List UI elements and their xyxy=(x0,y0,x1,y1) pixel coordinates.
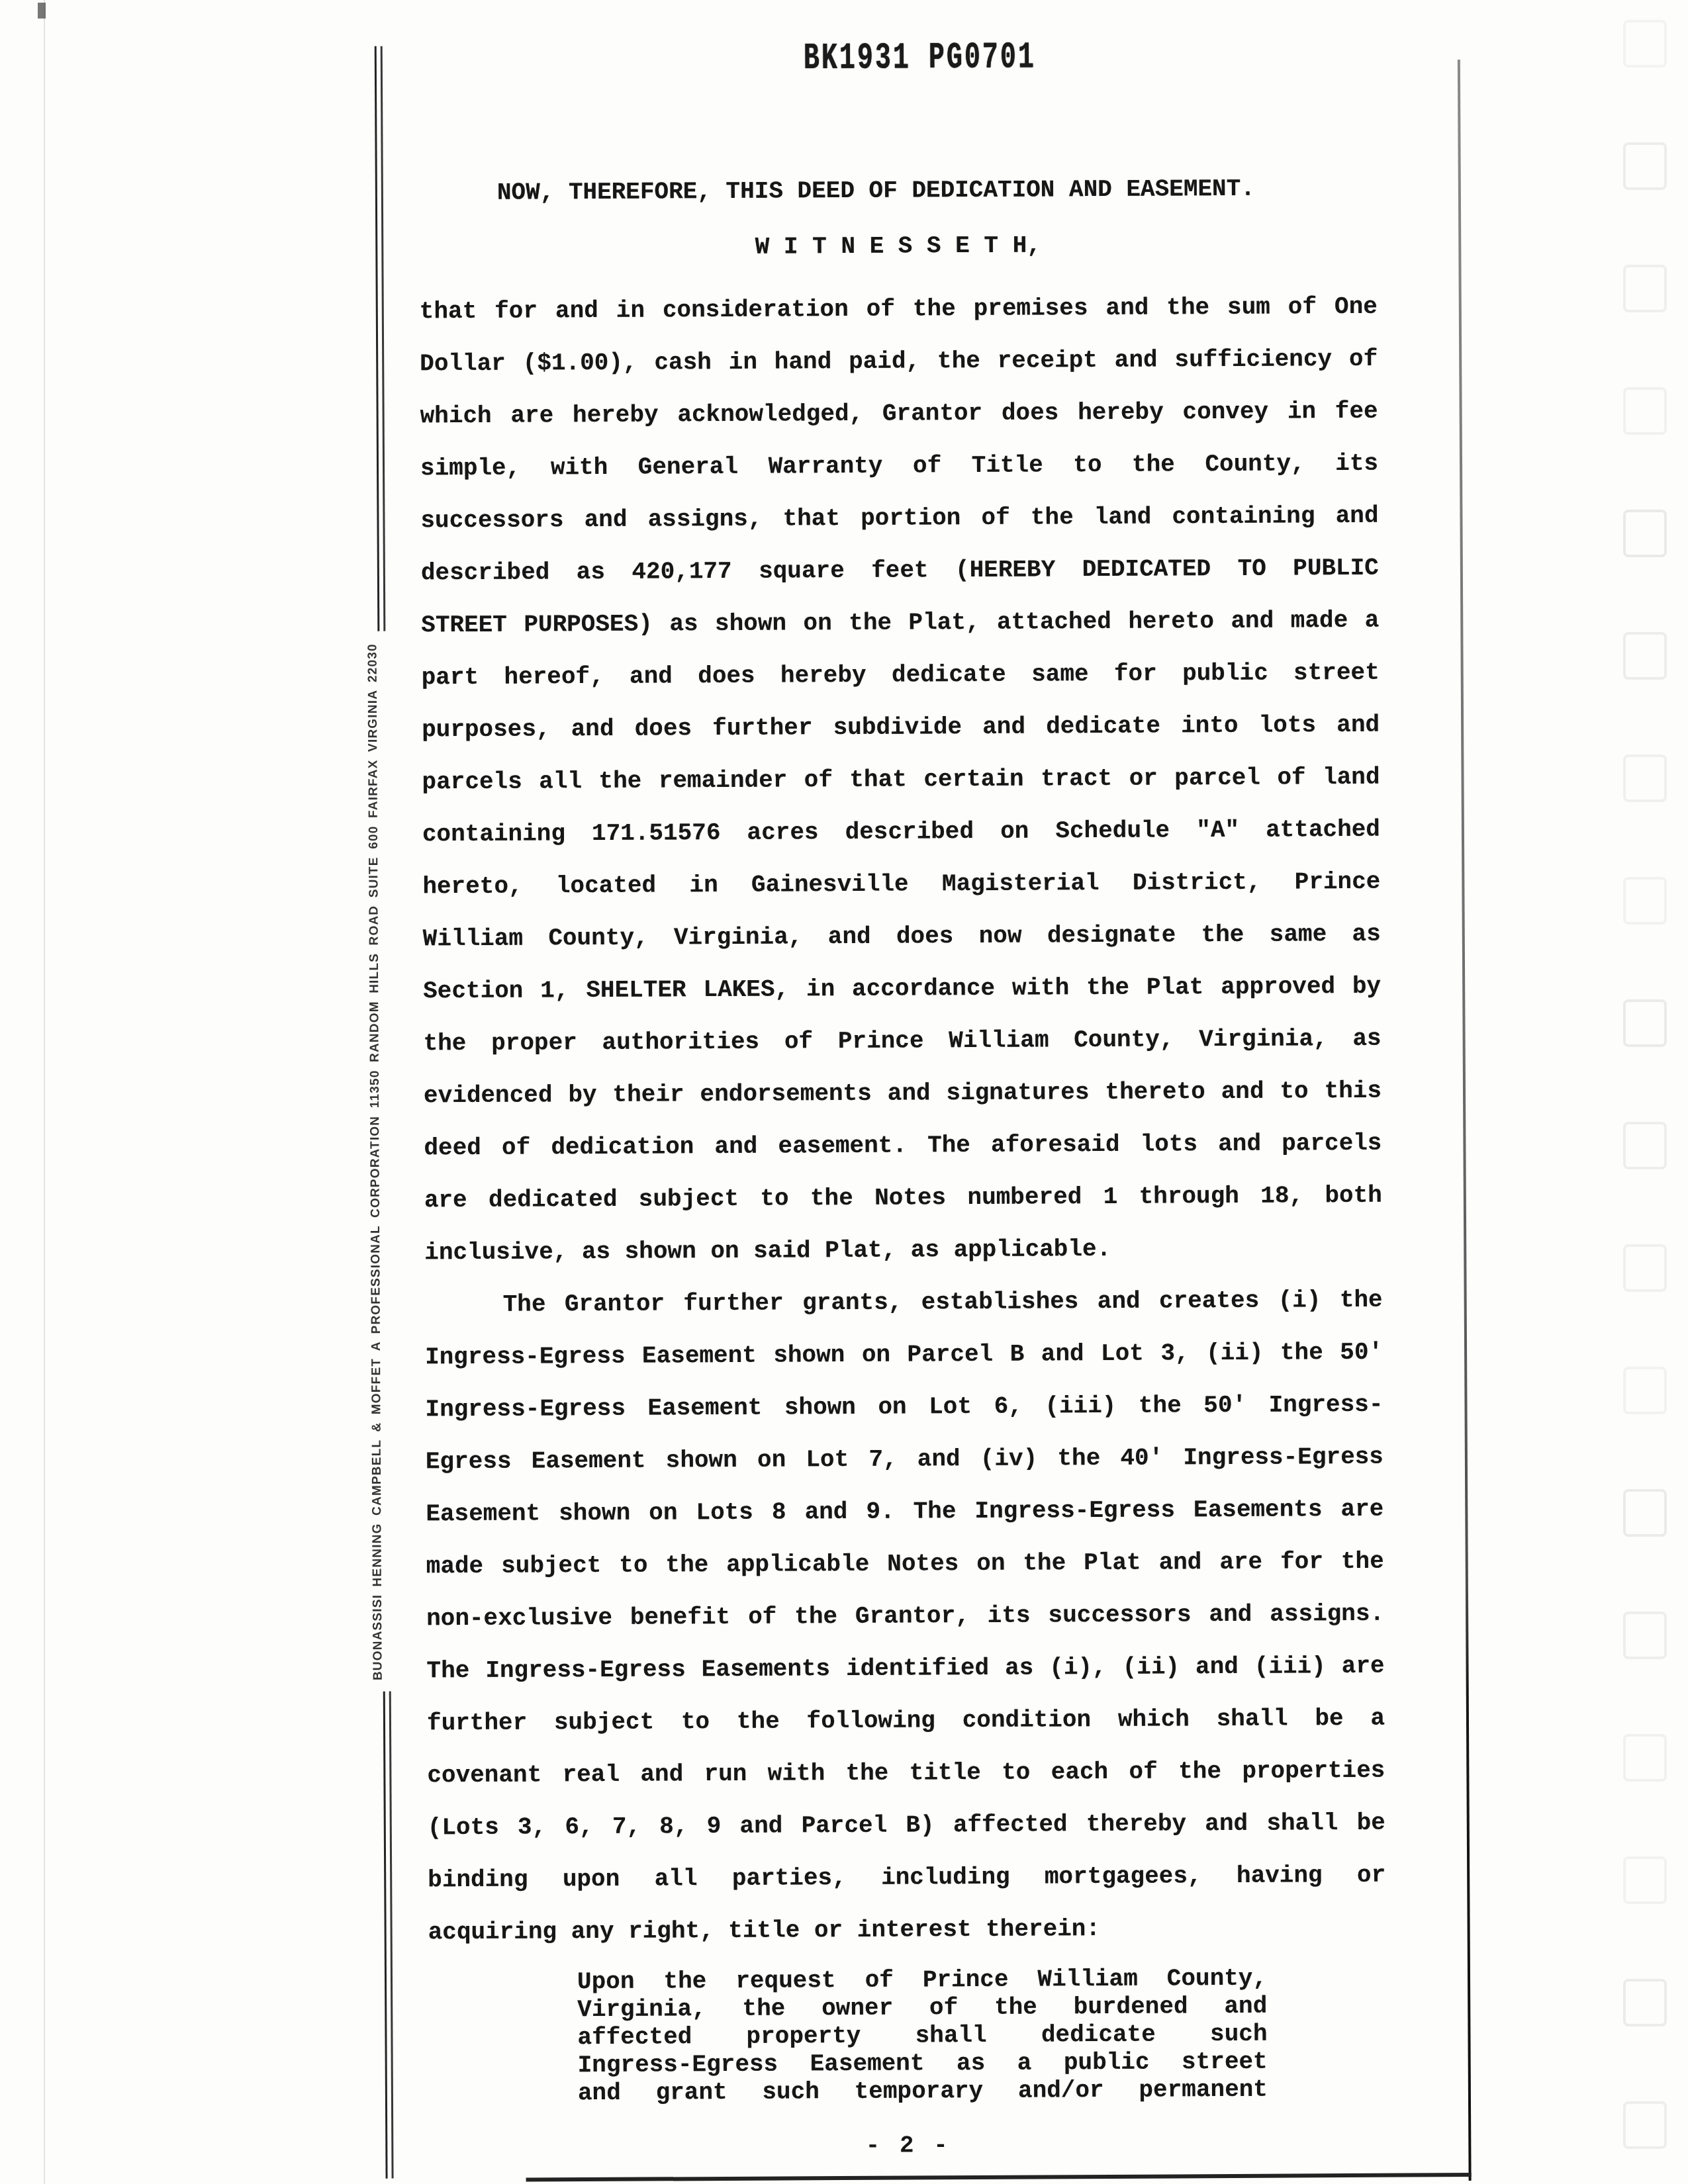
binding-hole-mark xyxy=(1623,20,1667,68)
scanned-content: BK1931 PG0701 BUONASSISI HENNING CAMPBEL… xyxy=(0,0,1688,2184)
text-line: successors and assigns, that portion of … xyxy=(420,490,1378,547)
text-line: part hereof, and does hereby dedicate sa… xyxy=(422,647,1380,704)
text-line: The Grantor further grants, establishes … xyxy=(424,1274,1382,1332)
text-line: The Ingress-Egress Easements identified … xyxy=(426,1640,1384,1698)
text-line: Ingress-Egress Easement as a public stre… xyxy=(578,2048,1268,2079)
text-line: (Lots 3, 6, 7, 8, 9 and Parcel B) affect… xyxy=(428,1797,1385,1854)
binding-hole-mark xyxy=(1623,1489,1667,1537)
text-line: Dollar ($1.00), cash in hand paid, the r… xyxy=(420,333,1378,390)
text-line: further subject to the following conditi… xyxy=(427,1692,1385,1750)
law-firm-margin-stamp-text: BUONASSISI HENNING CAMPBELL & MOFFET A P… xyxy=(365,643,385,1680)
text-line: Ingress-Egress Easement shown on Lot 6, … xyxy=(425,1379,1383,1436)
text-line: described as 420,177 square feet (HEREBY… xyxy=(421,542,1379,600)
binding-hole-mark xyxy=(1623,1734,1667,1782)
text-line: STREET PURPOSES) as shown on the Plat, a… xyxy=(421,594,1379,652)
text-line: Easement shown on Lots 8 and 9. The Ingr… xyxy=(426,1483,1383,1541)
binding-hole-mark xyxy=(1623,1979,1667,2026)
text-line: parcels all the remainder of that certai… xyxy=(422,751,1380,809)
text-line: which are hereby acknowledged, Grantor d… xyxy=(420,385,1378,443)
binding-hole-mark xyxy=(1623,1612,1667,1659)
deed-body: that for and in consideration of the pre… xyxy=(420,281,1386,1959)
text-line: the proper authorities of Prince William… xyxy=(423,1013,1381,1070)
deed-heading: NOW, THEREFORE, THIS DEED OF DEDICATION … xyxy=(419,175,1377,207)
binding-hole-mark xyxy=(1623,877,1667,925)
text-line: are dedicated subject to the Notes numbe… xyxy=(424,1169,1382,1227)
binding-hole-mark xyxy=(1623,142,1667,190)
text-line: simple, with General Warranty of Title t… xyxy=(420,437,1378,495)
binding-hole-mark xyxy=(1623,632,1667,680)
covenant-indent-block: Upon the request of Prince William Count… xyxy=(577,1965,1268,2107)
text-line: hereto, located in Gainesville Magisteri… xyxy=(422,856,1380,913)
book-page-stamp: BK1931 PG0701 xyxy=(804,37,1036,80)
page-number: - 2 - xyxy=(429,2130,1387,2162)
bottom-rule xyxy=(526,2173,1472,2181)
binding-hole-mark xyxy=(1623,510,1667,557)
text-line: Ingress-Egress Easement shown on Parcel … xyxy=(425,1326,1383,1384)
binding-hole-mark xyxy=(1623,2101,1667,2149)
law-firm-margin-stamp: BUONASSISI HENNING CAMPBELL & MOFFET A P… xyxy=(357,633,393,1692)
binding-hole-mark xyxy=(1623,754,1667,802)
text-line: Egress Easement shown on Lot 7, and (iv)… xyxy=(426,1431,1383,1488)
binding-hole-mark xyxy=(1623,1856,1667,1904)
binding-hole-mark xyxy=(1623,1244,1667,1292)
text-line: William County, Virginia, and does now d… xyxy=(423,908,1381,966)
text-line: made subject to the applicable Notes on … xyxy=(426,1535,1384,1593)
witnesseth-heading: W I T N E S S E T H, xyxy=(419,230,1377,263)
text-line: and grant such temporary and/or permanen… xyxy=(578,2076,1268,2107)
deed-paragraph-2: The Grantor further grants, establishes … xyxy=(424,1274,1385,1959)
text-line: covenant real and run with the title to … xyxy=(427,1745,1385,1802)
text-line: purposes, and does further subdivide and… xyxy=(422,699,1380,756)
binding-hole-mark xyxy=(1623,1122,1667,1169)
text-line: evidenced by their endorsements and sign… xyxy=(424,1065,1382,1122)
deed-paragraph-1: that for and in consideration of the pre… xyxy=(420,281,1383,1279)
left-margin-rule-lower xyxy=(383,1692,394,2179)
text-line: Upon the request of Prince William Count… xyxy=(577,1965,1267,1996)
text-line: that for and in consideration of the pre… xyxy=(420,281,1378,338)
text-line: Virginia, the owner of the burdened and xyxy=(577,1993,1267,2024)
text-line: deed of dedication and easement. The afo… xyxy=(424,1117,1382,1175)
text-line: Section 1, SHELTER LAKES, in accordance … xyxy=(423,960,1381,1018)
binding-hole-mark xyxy=(1623,999,1667,1047)
text-line: acquiring any right, title or interest t… xyxy=(428,1901,1385,1959)
binding-hole-mark xyxy=(1623,265,1667,312)
left-margin-rule-upper xyxy=(375,46,386,631)
binding-hole-mark xyxy=(1623,1367,1667,1414)
binding-hole-mark xyxy=(1623,387,1667,435)
text-line: affected property shall dedicate such xyxy=(577,2021,1267,2052)
text-line: non-exclusive benefit of the Grantor, it… xyxy=(426,1588,1384,1645)
text-line: containing 171.51576 acres described on … xyxy=(422,803,1380,861)
text-line: binding upon all parties, including mort… xyxy=(428,1849,1385,1907)
right-margin-rule xyxy=(1458,60,1472,2181)
document-page: BK1931 PG0701 BUONASSISI HENNING CAMPBEL… xyxy=(0,0,1688,2184)
text-line: inclusive, as shown on said Plat, as app… xyxy=(424,1222,1382,1279)
